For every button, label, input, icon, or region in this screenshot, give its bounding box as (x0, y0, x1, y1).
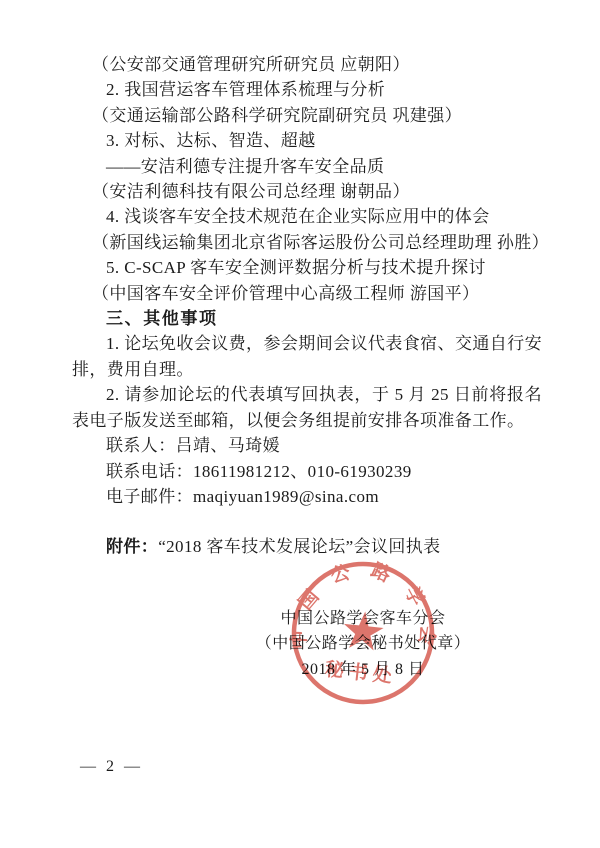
attachment-line: 附件：“2018 客车技术发展论坛”会议回执表 (72, 534, 542, 559)
attachment-label: 附件： (106, 537, 158, 556)
agenda-credit-line: （交通运输部公路科学研究院副研究员 巩建强） (72, 103, 542, 128)
notice-paragraph: 1. 论坛免收会议费，参会期间会议代表食宿、交通自行安排，费用自理。 (72, 331, 542, 382)
agenda-credit-line: （公安部交通管理研究所研究员 应朝阳） (72, 52, 542, 77)
section-heading: 三、其他事项 (72, 306, 542, 331)
agenda-topic-line: 2. 我国营运客车管理体系梳理与分析 (72, 77, 542, 102)
agenda-topic-line: 4. 浅谈客车安全技术规范在企业实际应用中的体会 (72, 204, 542, 229)
signature-note: （中国公路学会秘书处代章） (230, 631, 496, 656)
signature-block: 中国公路学会客车分会 （中国公路学会秘书处代章） 2018 年 5 月 8 日 (230, 606, 496, 682)
notice-paragraph: 2. 请参加论坛的代表填写回执表，于 5 月 25 日前将报名表电子版发送至邮箱… (72, 382, 542, 433)
contact-person-line: 联系人：吕靖、马琦媛 (72, 433, 542, 458)
agenda-credit-line: （安洁利德科技有限公司总经理 谢朝品） (72, 179, 542, 204)
attachment-title: “2018 客车技术发展论坛”会议回执表 (158, 537, 440, 556)
signature-organization: 中国公路学会客车分会 (230, 606, 496, 631)
contact-phone-line: 联系电话：18611981212、010-61930239 (72, 459, 542, 484)
agenda-topic-line: 3. 对标、达标、智造、超越 (72, 128, 542, 153)
document-page: （公安部交通管理研究所研究员 应朝阳） 2. 我国营运客车管理体系梳理与分析 （… (0, 0, 600, 848)
agenda-credit-line: （新国线运输集团北京省际客运股份公司总经理助理 孙胜） (72, 230, 542, 255)
contact-email-line: 电子邮件：maqiyuan1989@sina.com (72, 484, 542, 509)
agenda-topic-line: 5. C-SCAP 客车安全测评数据分析与技术提升探讨 (72, 255, 542, 280)
agenda-subtitle-line: ——安洁利德专注提升客车安全品质 (72, 154, 542, 179)
agenda-credit-line: （中国客车安全评价管理中心高级工程师 游国平） (72, 281, 542, 306)
document-body: （公安部交通管理研究所研究员 应朝阳） 2. 我国营运客车管理体系梳理与分析 （… (72, 52, 542, 560)
page-number: — 2 — (80, 758, 143, 776)
signature-date: 2018 年 5 月 8 日 (230, 657, 496, 682)
